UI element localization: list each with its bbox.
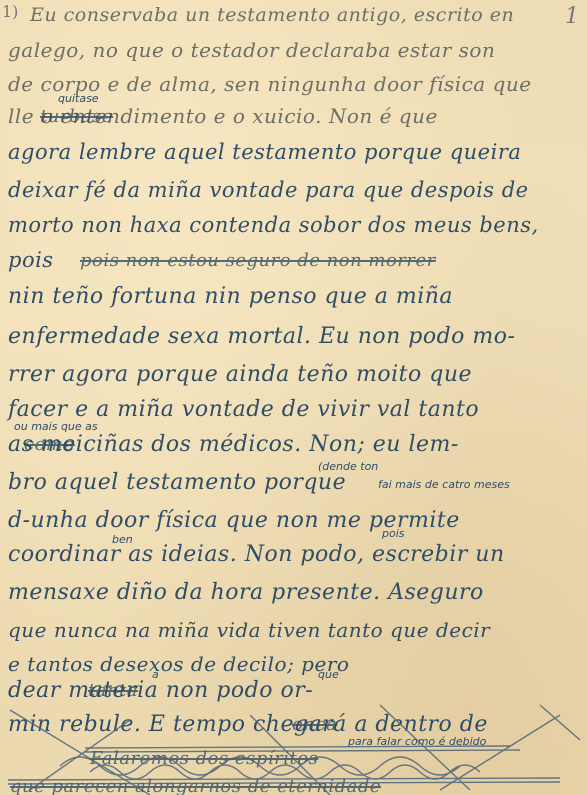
interlinear-insertion: ou mais que as: [14, 420, 98, 433]
interlinear-insertion: quitase: [58, 92, 99, 105]
manuscript-line: galego, no que o testador declaraba esta…: [8, 38, 495, 62]
manuscript-line: pois: [8, 248, 54, 272]
interlinear-insertion: (dende ton: [318, 460, 378, 473]
manuscript-page: 1) 1 Eu conservaba un testamento antigo,…: [0, 0, 587, 795]
manuscript-line: nin teño fortuna nin penso que a miña: [8, 284, 453, 309]
manuscript-line: facer e a miña vontade de vivir val tant…: [8, 397, 479, 422]
struck-text: tanta: [88, 680, 138, 701]
struck-text: turbase: [40, 106, 113, 127]
interlinear-insertion: pois: [382, 527, 405, 540]
manuscript-line: enfermedade sexa mortal. Eu non podo mo-: [8, 324, 515, 349]
manuscript-line: morto non haxa contenda sobor dos meus b…: [8, 213, 539, 237]
struck-text: como: [24, 434, 75, 455]
interlinear-insertion: fai mais de catro meses: [378, 478, 510, 491]
struck-text: pois non estou seguro de non morrer: [80, 250, 436, 271]
margin-mark: 1): [2, 2, 18, 21]
manuscript-line: mensaxe diño da hora presente. Aseguro: [8, 580, 484, 605]
manuscript-line: as meiciñas dos médicos. Non; eu lem-: [8, 432, 459, 457]
manuscript-line: agora lembre aquel testamento porque que…: [8, 140, 521, 164]
manuscript-line: bro aquel testamento porque: [8, 470, 346, 495]
manuscript-line: que nunca na miña vida tiven tanto que d…: [8, 618, 490, 642]
manuscript-line: rrer agora porque ainda teño moito que: [8, 362, 472, 387]
interlinear-insertion: ben: [112, 533, 133, 546]
page-number: 1: [565, 4, 579, 29]
crossed-out-scribble: [0, 700, 587, 795]
manuscript-line: coordinar as ideias. Non podo, escrebir …: [8, 542, 505, 567]
interlinear-insertion: que: [318, 668, 339, 681]
manuscript-line: Eu conservaba un testamento antigo, escr…: [30, 4, 514, 26]
manuscript-line: e tantos desexos de decilo; pero: [8, 652, 349, 676]
interlinear-insertion: a: [152, 668, 159, 681]
manuscript-line: deixar fé da miña vontade para que despo…: [8, 178, 529, 202]
